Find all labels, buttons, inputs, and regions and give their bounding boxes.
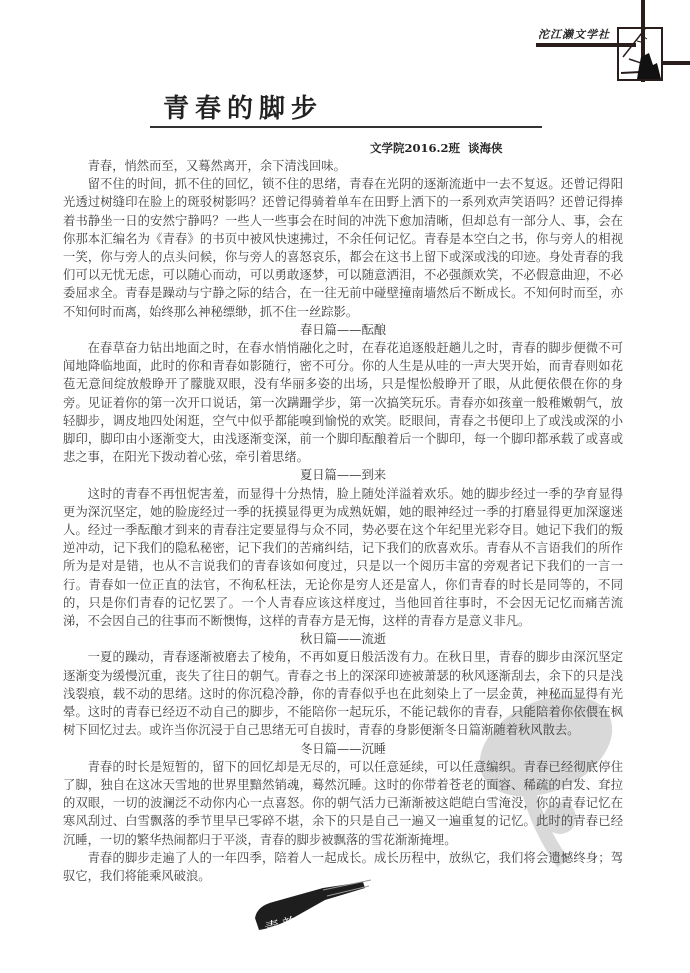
byline-class: 文学院2016.2班 bbox=[370, 141, 460, 155]
ink-hand-reed-icon bbox=[619, 29, 661, 79]
masthead-right-rule bbox=[663, 61, 690, 65]
article-title: 青春的脚步 bbox=[163, 88, 323, 125]
title-divider bbox=[150, 126, 542, 128]
section-heading-autumn: 秋日篇——流逝 bbox=[63, 630, 623, 648]
paragraph: 青春，悄然而至，又蓦然离开，余下清浅回味。 bbox=[63, 157, 623, 175]
byline-author: 谈海侠 bbox=[468, 141, 503, 155]
section-heading-summer: 夏日篇——到来 bbox=[63, 466, 623, 484]
byline: 文学院2016.2班谈海侠 bbox=[370, 140, 503, 156]
masthead: 沱江濑文学社 bbox=[0, 0, 690, 90]
column-name: 沱江濑文学社 bbox=[538, 26, 610, 42]
paragraph: 在春草奋力钻出地面之时，在春水悄悄融化之时，在春花追逐般赶趟儿之时，青春的脚步便… bbox=[63, 339, 623, 466]
paragraph: 青春的时长是短暂的，留下的回忆却是无尽的，可以任意延续，可以任意编织。青春已经彻… bbox=[63, 758, 623, 849]
section-heading-spring: 春日篇——酝酿 bbox=[63, 321, 623, 339]
paragraph: 留不住的时间，抓不住的回忆，锁不住的思绪，青春在光阴的逐渐流逝中一去不复返。还曾… bbox=[63, 175, 623, 321]
article-body: 青春，悄然而至，又蓦然离开，余下清浅回味。 留不住的时间，抓不住的回忆，锁不住的… bbox=[63, 157, 623, 885]
section-heading-winter: 冬日篇——沉睡 bbox=[63, 740, 623, 758]
paragraph: 一夏的躁动，青春逐渐被磨去了棱角，不再如夏日般活泼有力。在秋日里，青春的脚步由深… bbox=[63, 648, 623, 739]
paragraph: 这时的青春不再忸怩害羞，而显得十分热情，脸上随处洋溢着欢乐。她的脚步经过一季的孕… bbox=[63, 485, 623, 631]
